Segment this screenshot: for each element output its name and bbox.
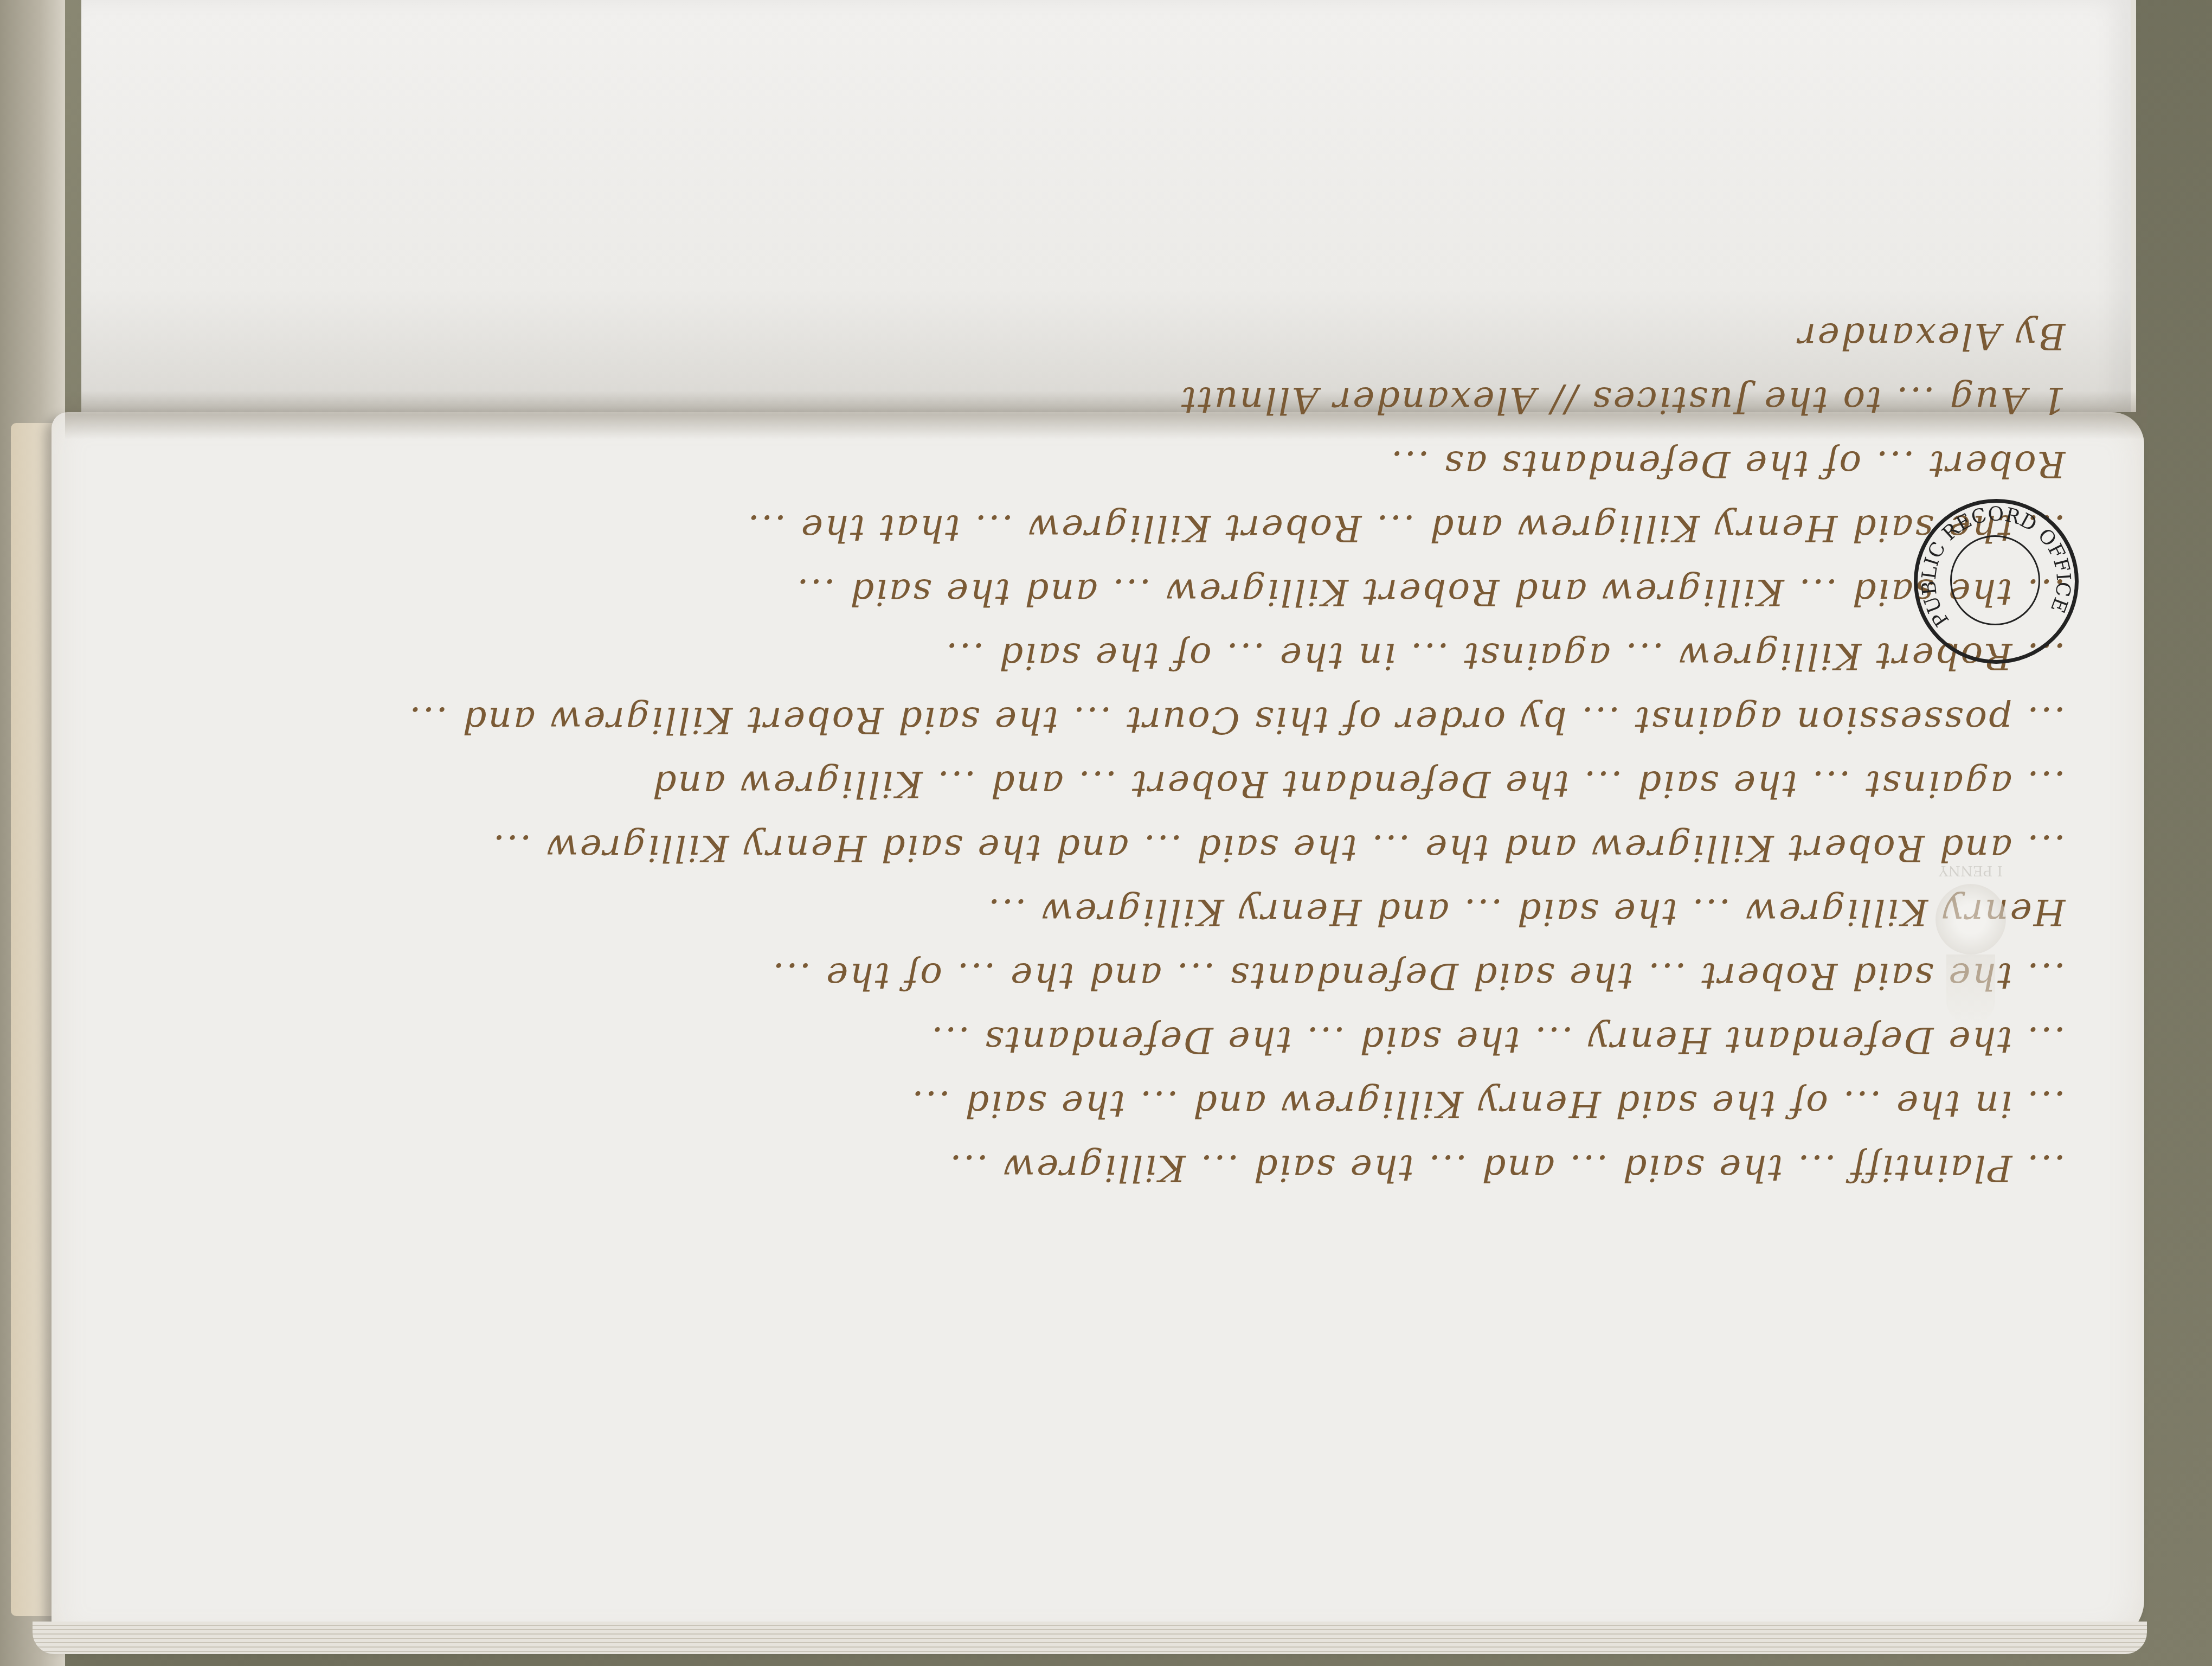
- crown-icon: [1950, 535, 2040, 625]
- body-line: ... Robert Killigrew ... against ... in …: [87, 624, 2066, 688]
- page-stack-edges: [33, 1622, 2147, 1654]
- public-record-office-stamp: PUBLIC RECORD OFFICE: [1914, 499, 2079, 664]
- body-line: Henry Killigrew ... the said ... and Hen…: [87, 880, 2066, 944]
- tudor-rose-icon: [1935, 884, 2006, 954]
- body-line: ... in the ... of the said Henry Killigr…: [87, 1072, 2066, 1136]
- body-line: ... the said ... Killigrew and Robert Ki…: [87, 560, 2066, 624]
- signature-line-2: 1 Aug ... to the Justices // Alexander A…: [87, 368, 2066, 432]
- penny-embossed-stamp: I PENNY: [1930, 862, 2011, 1036]
- handwritten-text: ... Plaintiff ... the said ... and ... t…: [87, 304, 2066, 1200]
- body-line: ... the said Henry Killigrew and ... Rob…: [87, 496, 2066, 560]
- crown-base-icon: [1946, 954, 1995, 1025]
- body-line: ... and Robert Killigrew and the ... the…: [87, 816, 2066, 880]
- body-line: ... the Defendant Henry ... the said ...…: [87, 1008, 2066, 1072]
- signature-line-1: By Alexander: [87, 304, 2066, 368]
- body-line: ... the said Robert ... the said Defenda…: [87, 944, 2066, 1008]
- body-line: ... possession against ... by order of t…: [87, 688, 2066, 752]
- body-line: ... against ... the said ... the Defenda…: [87, 752, 2066, 816]
- watermark-label: I PENNY: [1930, 862, 2011, 879]
- signature-line-3: Robert ... of the Defendants as ...: [87, 432, 2066, 496]
- body-line: ... Plaintiff ... the said ... and ... t…: [87, 1136, 2066, 1200]
